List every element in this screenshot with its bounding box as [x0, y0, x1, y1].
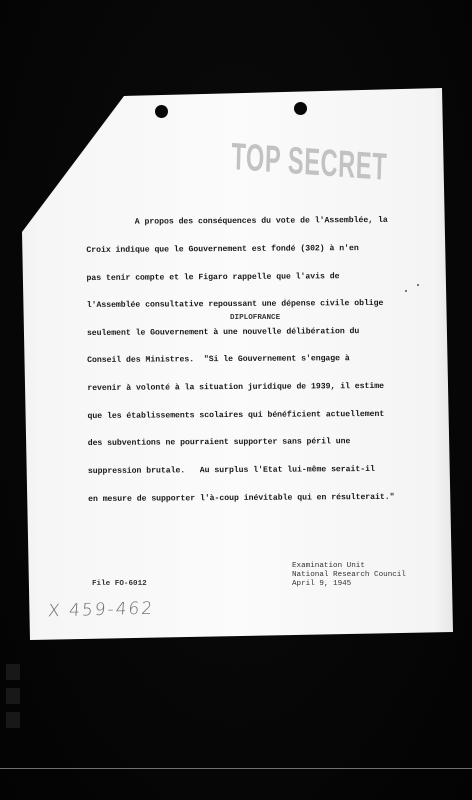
- body-paragraph: A propos des conséquences du vote de l'A…: [86, 198, 395, 522]
- body-line: que les établissements scolaires qui bén…: [87, 410, 393, 421]
- film-mark: [6, 664, 20, 680]
- top-secret-stamp: TOP SECRET: [231, 136, 388, 190]
- film-mark: [6, 688, 20, 704]
- document-page: TOP SECRET A propos des conséquences du …: [0, 0, 472, 800]
- film-divider-line: [0, 768, 472, 769]
- film-edge-marks: [6, 664, 20, 736]
- paper-speck: [405, 290, 407, 292]
- body-line: seulement le Gouvernement à une nouvelle…: [87, 327, 393, 338]
- punch-hole-left: [155, 105, 168, 118]
- council-line: National Research Council: [292, 571, 406, 580]
- body-line: des subventions ne pourraient supporter …: [88, 437, 394, 448]
- microfilm-frame: TOP SECRET A propos des conséquences du …: [0, 0, 472, 800]
- unit-line: Examination Unit: [292, 562, 406, 571]
- body-line: Conseil des Ministres. "Si le Gouverneme…: [87, 354, 393, 365]
- signature: DIPLOFRANCE: [230, 314, 280, 322]
- body-line: revenir à volonté à la situation juridiq…: [87, 382, 393, 393]
- paper-speck: [417, 284, 419, 286]
- body-line: Croix indique que le Gouvernement est fo…: [86, 244, 392, 255]
- body-line: A propos des conséquences du vote de l'A…: [86, 216, 392, 227]
- film-mark: [6, 712, 20, 728]
- file-number: File FO-6012: [92, 580, 147, 588]
- body-line: en mesure de supporter l'à-coup inévitab…: [88, 492, 394, 503]
- examination-unit-block: Examination Unit National Research Counc…: [292, 562, 406, 588]
- body-line: pas tenir compte et le Figaro rappelle q…: [87, 271, 393, 282]
- body-line: l'Assemblée consultative repoussant une …: [87, 299, 393, 310]
- handwritten-reference: X 459-462: [47, 599, 155, 622]
- body-line: suppression brutale. Au surplus l'Etat l…: [88, 465, 394, 476]
- date-line: April 9, 1945: [292, 580, 406, 589]
- punch-hole-right: [294, 102, 307, 115]
